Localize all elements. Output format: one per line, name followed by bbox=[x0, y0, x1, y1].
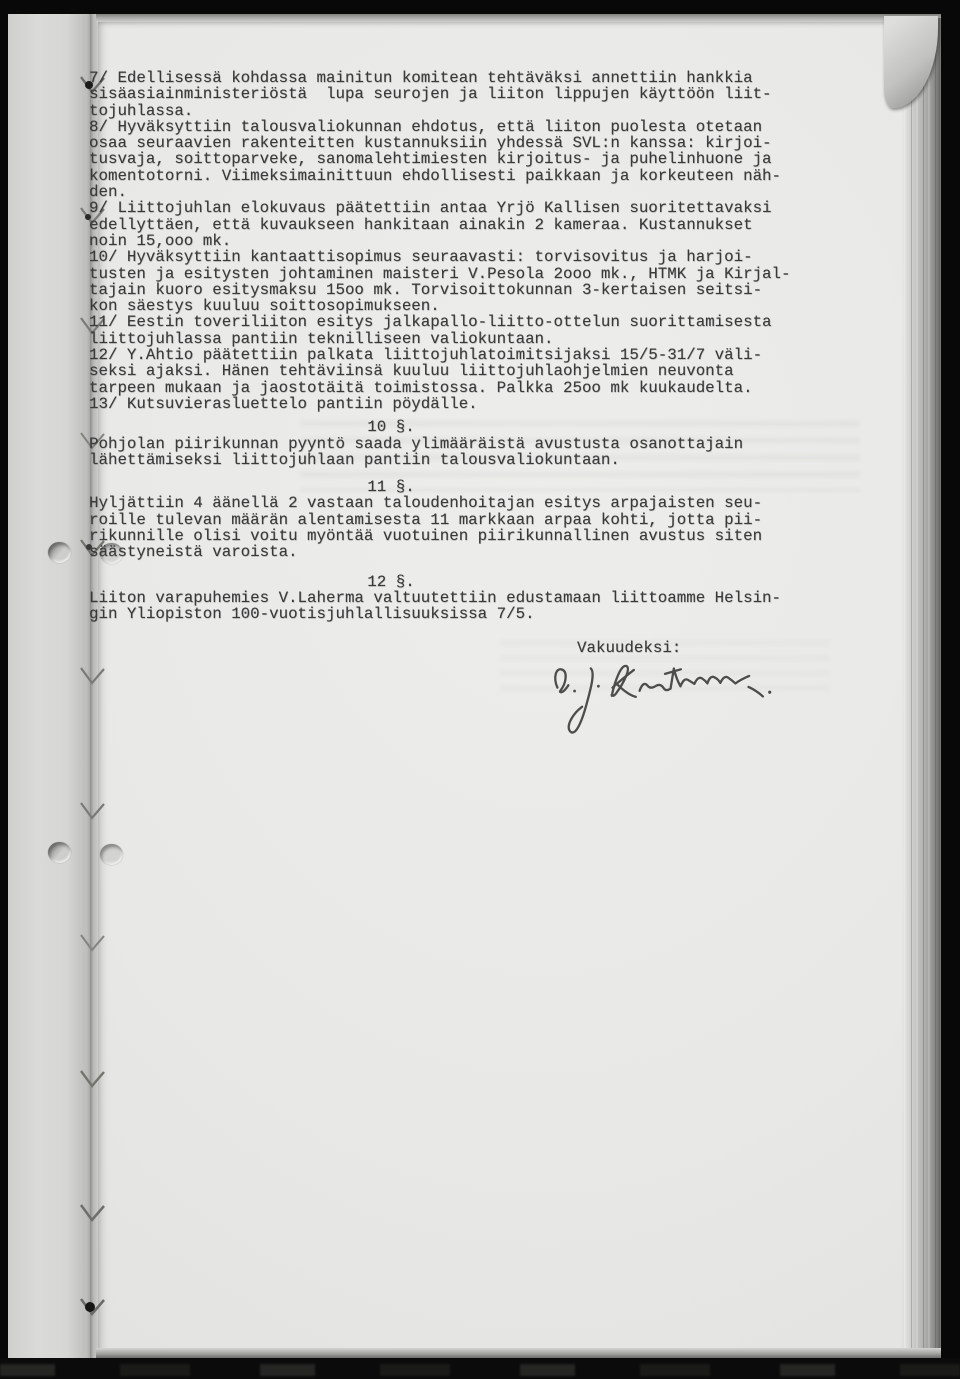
section-paragraph-12: Liiton varapuhemies V.Laherma valtuutett… bbox=[89, 590, 811, 623]
section-paragraph-11: Hyljättiin 4 äänellä 2 vastaan taloudenh… bbox=[89, 495, 811, 560]
binding-stitch-icon bbox=[76, 1068, 110, 1090]
attestation-label: Vakuudeksi: bbox=[89, 640, 811, 656]
binding-stitch-icon bbox=[76, 1202, 110, 1224]
binding-stitch-icon bbox=[76, 800, 110, 822]
punch-hole-icon bbox=[48, 842, 71, 863]
page-top-edge bbox=[96, 14, 941, 22]
minutes-text-block: 7/ Edellisessä kohdassa mainitun komitea… bbox=[89, 70, 811, 750]
page-stack-lines bbox=[904, 18, 942, 1358]
photo-frame-right bbox=[941, 0, 960, 1379]
photo-frame-bottom bbox=[0, 1358, 960, 1379]
frame-mottle-texture bbox=[0, 1364, 960, 1376]
scanned-book-photo: { "document": { "kind": "typewritten-min… bbox=[0, 0, 960, 1379]
minutes-paragraph-8: 8/ Hyväksyttiin talousvaliokunnan ehdotu… bbox=[89, 119, 811, 200]
minutes-paragraph-9: 9/ Liittojuhlan elokuvaus päätettiin ant… bbox=[89, 200, 811, 249]
minutes-paragraph-7: 7/ Edellisessä kohdassa mainitun komitea… bbox=[89, 70, 811, 119]
photo-frame-top bbox=[0, 0, 960, 14]
minutes-paragraph-12: 12/ Y.Ahtio päätettiin palkata liittojuh… bbox=[89, 347, 811, 396]
section-paragraph-10: Pohjolan piirikunnan pyyntö saada ylimää… bbox=[89, 436, 811, 469]
section-heading-11: 11 §. bbox=[89, 479, 693, 495]
section-heading-10: 10 §. bbox=[89, 419, 693, 435]
binding-stitch-icon bbox=[76, 932, 110, 954]
punch-hole-icon bbox=[100, 844, 123, 865]
signature-handwriting bbox=[543, 654, 781, 750]
binding-stitch-icon bbox=[76, 1296, 110, 1318]
photo-frame-left bbox=[0, 0, 8, 1379]
signature-name-text: V.J. Kostiainen. bbox=[779, 656, 780, 657]
minutes-paragraph-10: 10/ Hyväksyttiin kantaattisopimus seuraa… bbox=[89, 249, 811, 314]
page-bottom-edge bbox=[96, 1348, 941, 1358]
punch-hole-icon bbox=[48, 542, 71, 563]
section-heading-12: 12 §. bbox=[89, 574, 693, 590]
minutes-paragraph-11: 11/ Eestin toveriliiton esitys jalkapall… bbox=[89, 314, 811, 347]
minutes-paragraph-13: 13/ Kutsuvierasluettelo pantiin pöydälle… bbox=[89, 396, 811, 412]
